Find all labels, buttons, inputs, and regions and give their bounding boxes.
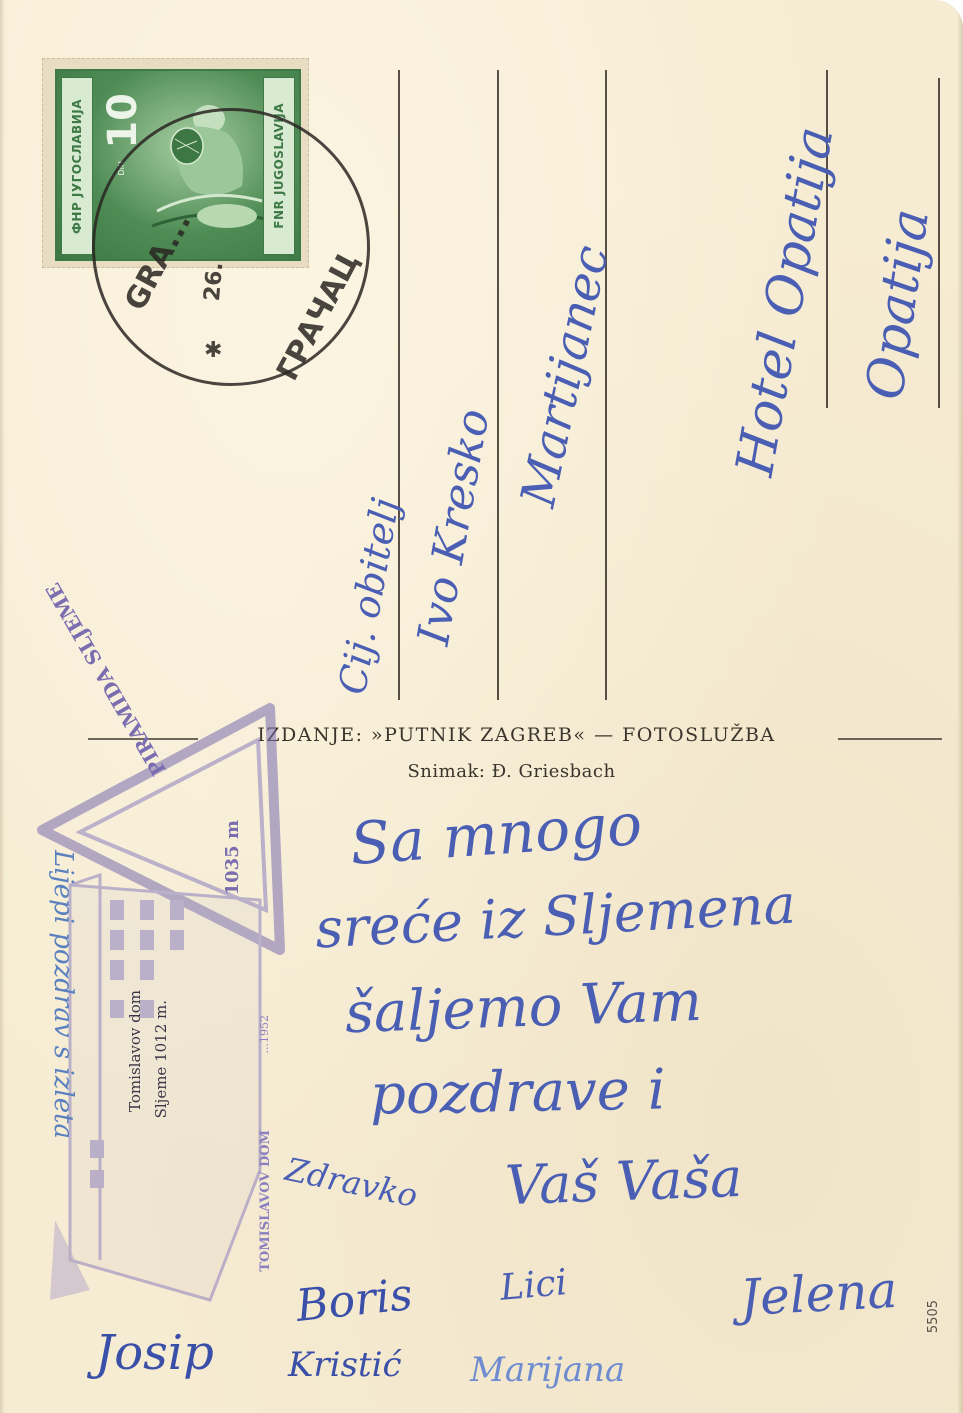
- postmark-date: 26.: [200, 261, 228, 302]
- stamp-value: 10: [103, 93, 143, 149]
- address-line-3: [605, 70, 607, 700]
- hut-height-text: 1035 m: [222, 820, 243, 895]
- card-edge-right: [957, 0, 963, 1413]
- message-line-3: šaljemo Vam: [344, 969, 703, 1046]
- postmark-circle: [92, 108, 370, 386]
- hut-side-text: TOMISLAVOV DOM: [258, 1130, 273, 1272]
- address-line-2: [497, 70, 499, 700]
- message-line-2: sreće iz Sljemena: [314, 872, 797, 960]
- hut-date-text: ...1952: [258, 1015, 271, 1053]
- address-line-2-text: Ivo Kresko: [408, 405, 500, 649]
- postmark-star-icon: ✱: [204, 338, 222, 363]
- signature-kristic: Kristić: [288, 1345, 402, 1385]
- address-line-1: [398, 70, 400, 700]
- serial-number: 5505: [926, 1300, 941, 1333]
- signature-josip: Josip: [95, 1325, 214, 1381]
- address-line-1-text: Cij. obitelj: [330, 495, 408, 698]
- signature-marijana: Marijana: [470, 1350, 625, 1390]
- message-line-5: Vaš Vaša: [504, 1146, 743, 1217]
- card-edge-left: [0, 0, 5, 1413]
- side-note: Lijepi pozdrav s izleta: [48, 850, 78, 1139]
- signature-lici: Lici: [498, 1262, 568, 1309]
- address-line-3-text: Martijanec: [510, 241, 620, 512]
- signature-jelena: Jelena: [739, 1261, 899, 1327]
- message-line-4: pozdrave i: [369, 1057, 666, 1127]
- signature-zdravko: Zdravko: [282, 1150, 421, 1215]
- address-line-5: [938, 78, 940, 408]
- stamp-band-left: ФНР ЈУГОСЛАВИЈА: [61, 77, 93, 255]
- message-line-1: Sa mnogo: [348, 790, 644, 878]
- hut-building-line1: Tomislavov dom: [126, 990, 144, 1112]
- stamp-cyrillic-text: ФНР ЈУГОСЛАВИЈА: [70, 99, 84, 234]
- postcard-back: ФНР ЈУГОСЛАВИЈА 10 DIN FNR JUGOSLAVIJA G…: [0, 0, 963, 1413]
- signature-boris: Boris: [294, 1269, 415, 1332]
- address-line-5-text: Opatija: [855, 205, 941, 403]
- hut-building-line2: Sljeme 1012 m.: [152, 1000, 170, 1118]
